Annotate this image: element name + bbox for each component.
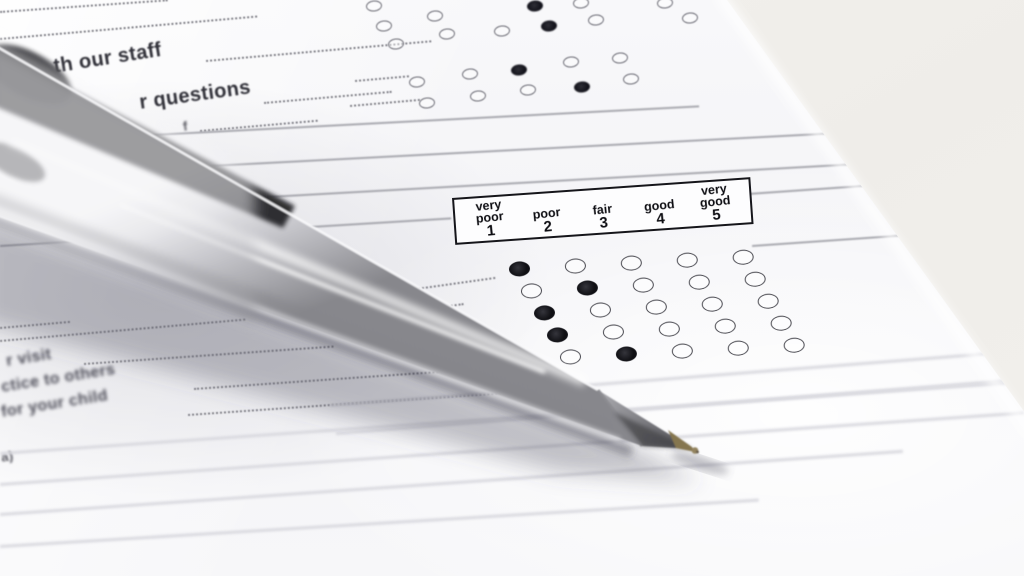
answer-bubble <box>714 318 736 334</box>
answer-bubble <box>732 249 754 265</box>
dotted-leader <box>0 319 245 342</box>
rating-value: 2 <box>543 220 553 235</box>
rating-column: fair3 <box>573 190 633 234</box>
answer-bubble <box>681 12 698 25</box>
answer-bubble-filled <box>547 327 569 343</box>
dotted-leader <box>0 321 70 329</box>
answer-bubble <box>565 258 587 274</box>
answer-bubble <box>757 293 779 309</box>
answer-bubble <box>572 0 589 9</box>
answer-bubble <box>408 76 425 89</box>
ruled-line <box>0 411 1024 485</box>
answer-bubble <box>744 271 766 287</box>
answer-bubble <box>562 56 579 69</box>
answer-bubble <box>426 10 443 23</box>
answer-bubble <box>611 52 628 65</box>
answer-row <box>560 337 805 365</box>
dotted-leader <box>350 99 420 107</box>
answer-bubble <box>493 25 510 38</box>
rating-column: verygood5 <box>686 182 746 226</box>
question-text: r visit <box>5 346 53 371</box>
ruled-line <box>0 105 699 143</box>
dotted-leader <box>355 75 409 82</box>
rating-value: 4 <box>656 212 666 227</box>
answer-bubble <box>622 73 639 86</box>
answer-bubble <box>560 349 582 365</box>
answer-bubble <box>645 299 667 315</box>
dotted-leader <box>0 0 168 13</box>
answer-bubble <box>783 337 805 353</box>
answer-bubble <box>632 277 654 293</box>
ruled-line <box>0 450 903 516</box>
answer-bubble <box>701 296 723 312</box>
rating-column: verypoor1 <box>460 198 520 242</box>
answer-bubble <box>418 97 435 110</box>
answer-bubble <box>671 343 693 359</box>
answer-bubble <box>590 302 612 318</box>
answer-bubble-filled <box>577 280 599 296</box>
answer-bubble-filled <box>509 261 531 277</box>
answer-bubble <box>656 0 673 9</box>
rating-value: 3 <box>599 216 609 231</box>
answer-bubble <box>375 20 392 33</box>
answer-bubble-filled <box>616 346 638 362</box>
answer-bubble <box>658 321 680 337</box>
ruled-line <box>752 235 902 247</box>
dotted-leader <box>400 303 464 314</box>
answer-bubble <box>676 252 698 268</box>
rating-value: 5 <box>712 208 722 223</box>
answer-bubble <box>603 324 625 340</box>
answer-bubble <box>461 68 478 81</box>
answer-bubble <box>688 274 710 290</box>
survey-form-paper: th our staff r questions f verypoor1 poo… <box>0 0 1024 576</box>
dotted-leader <box>84 346 334 365</box>
ruled-line <box>748 185 864 195</box>
rating-scale-header: verypoor1 poor2 fair3 good4verygood5 <box>452 177 754 245</box>
question-text: th our staff <box>52 39 163 79</box>
answer-bubble <box>770 315 792 331</box>
answer-bubble <box>387 38 404 51</box>
dotted-leader <box>402 277 495 292</box>
answer-bubble-filled <box>573 81 590 94</box>
answer-bubble-filled <box>526 0 543 12</box>
answer-bubble-filled <box>510 64 527 77</box>
rating-value: 1 <box>486 224 496 239</box>
answer-bubble-filled <box>534 305 556 321</box>
answer-bubble <box>620 255 642 271</box>
photo-scene: th our staff r questions f verypoor1 poo… <box>0 0 1024 576</box>
answer-bubble <box>727 340 749 356</box>
rating-column: poor2 <box>516 194 576 238</box>
answer-bubble <box>587 14 604 27</box>
dotted-leader <box>0 16 257 40</box>
ruled-line <box>0 217 451 246</box>
rating-column: good4 <box>629 186 689 230</box>
answer-bubble <box>365 0 382 12</box>
answer-bubble-filled <box>540 20 557 33</box>
answer-bubble <box>469 90 486 103</box>
answer-bubble <box>521 283 543 299</box>
dotted-leader <box>194 367 493 390</box>
question-text: r questions <box>138 76 252 114</box>
answer-bubble <box>438 28 455 41</box>
answer-bubble <box>519 84 536 97</box>
